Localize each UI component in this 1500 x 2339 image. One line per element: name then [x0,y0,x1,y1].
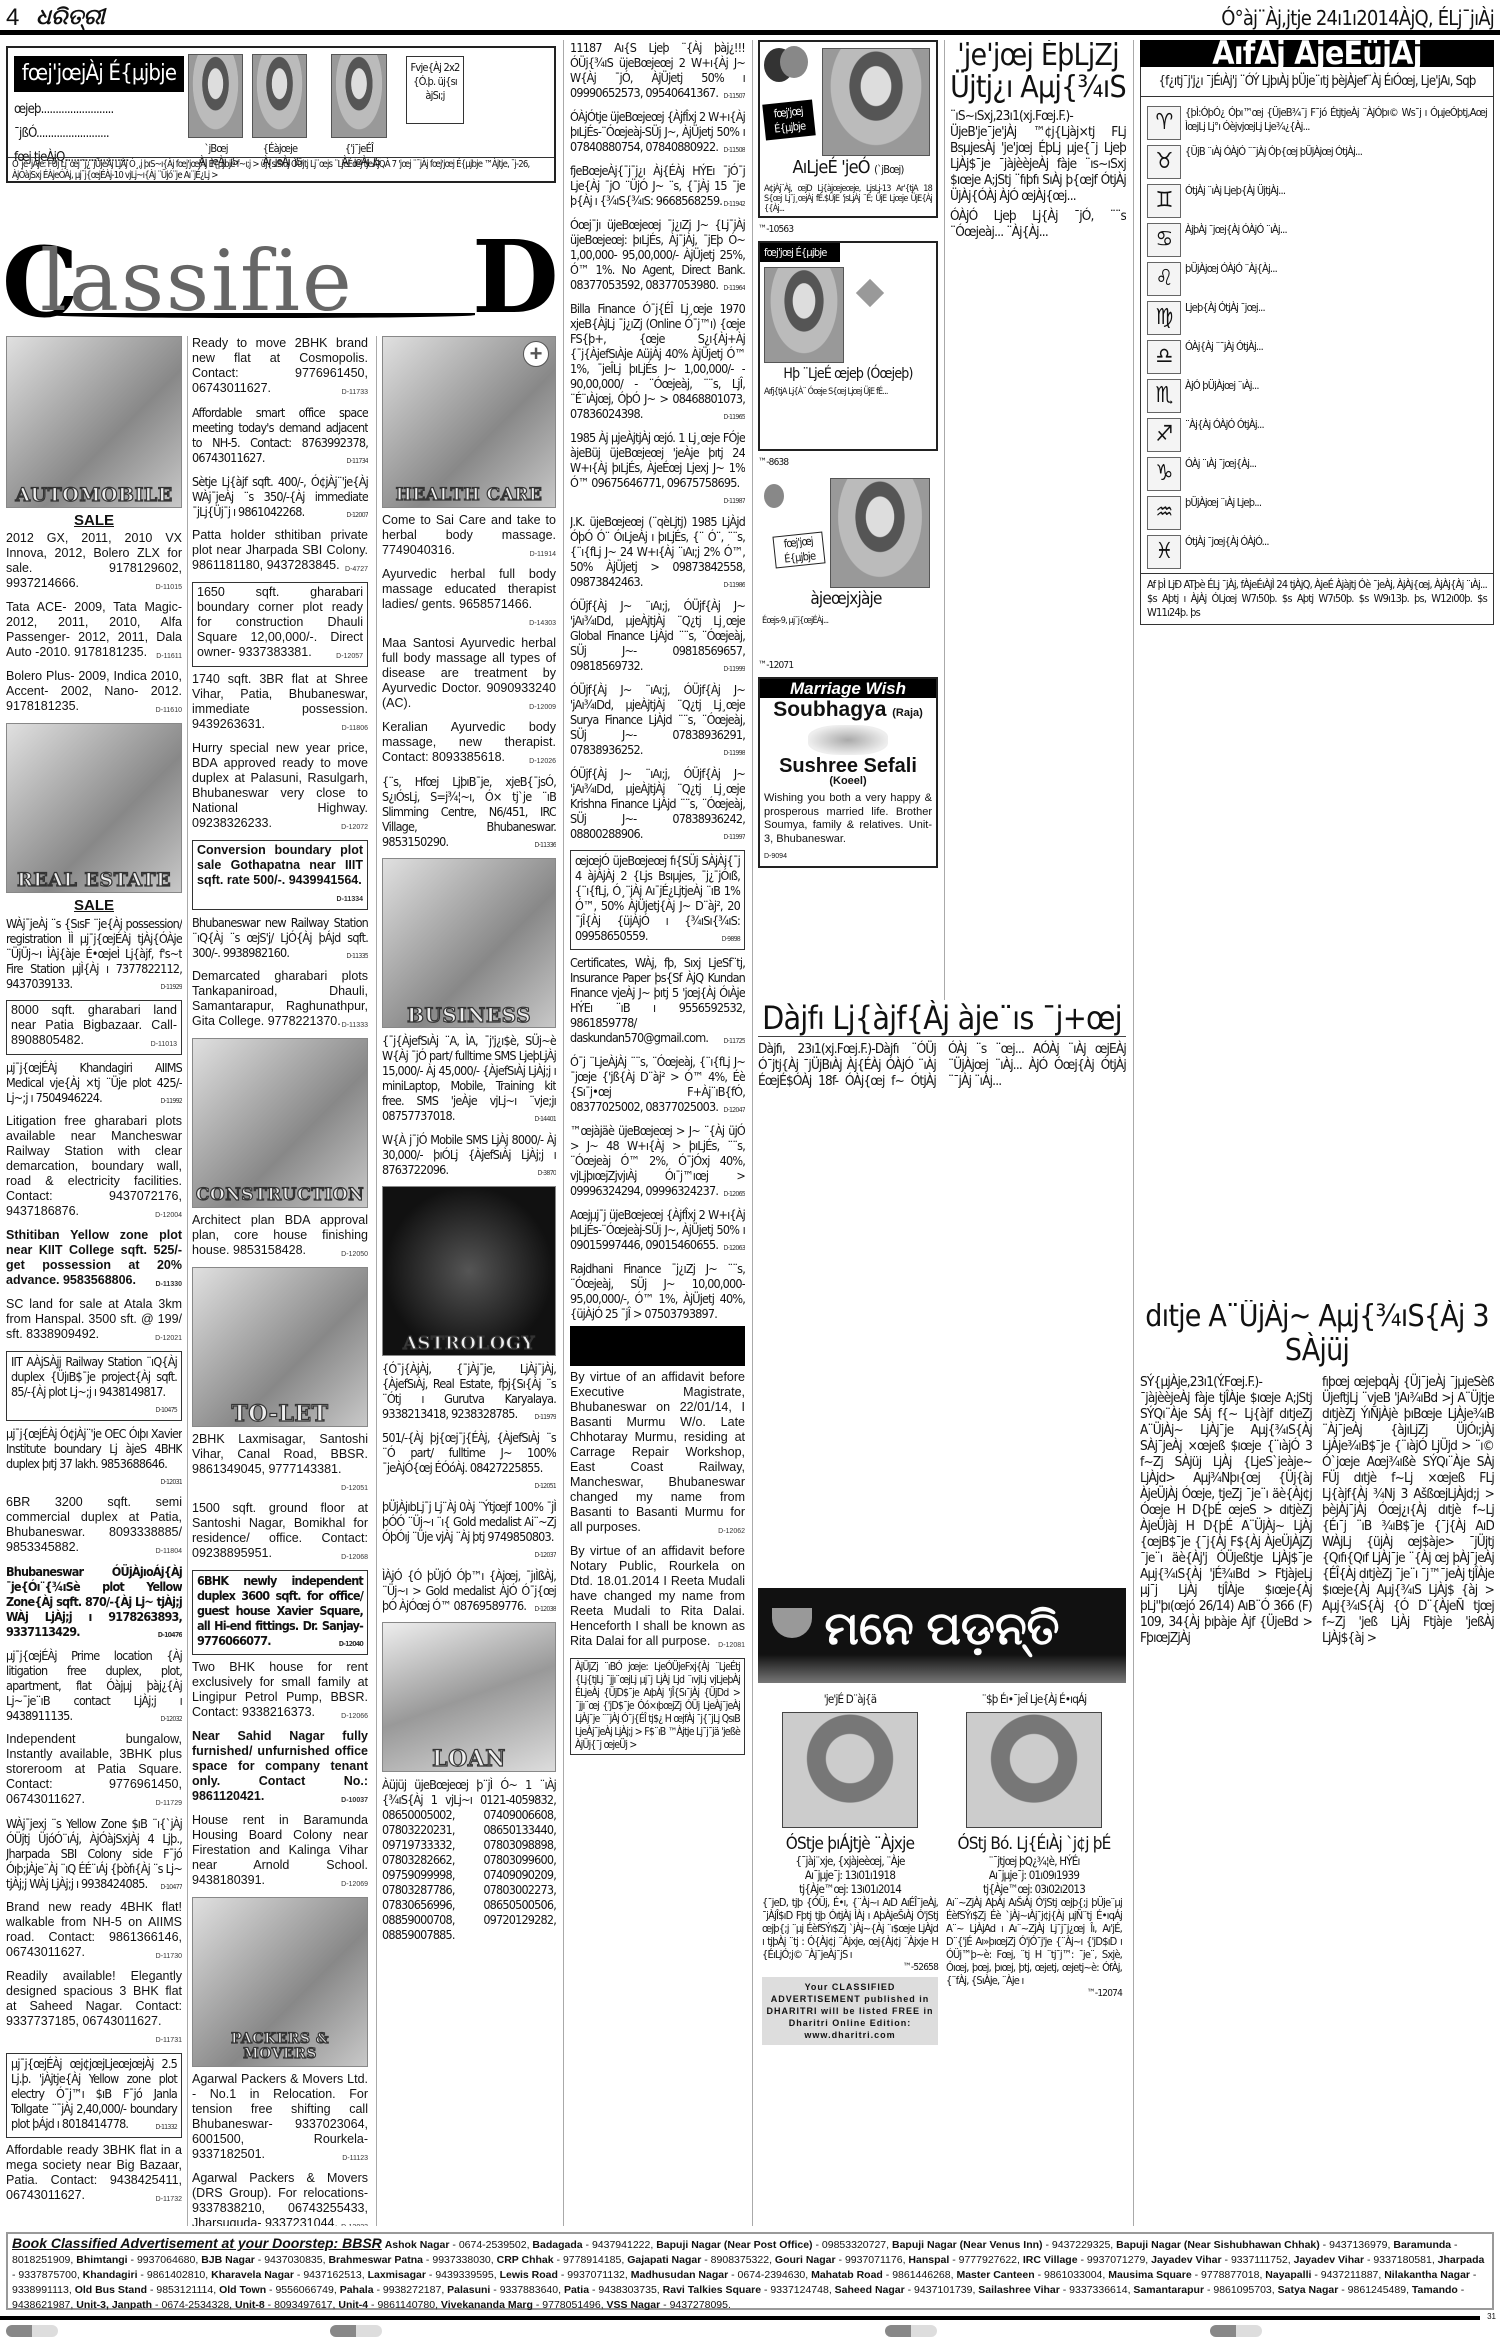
ad-code: D-11942 [723,197,745,212]
classified-ad: W{À j¯jÓ Mobile SMS LjÀj 8000/- Àj 30,00… [382,1132,556,1181]
booking-center-place: Old Town [219,2284,266,2296]
classified-ad: ÓÜjf{Àj J~ ¨ıAı;j, ÓÜjf{Àj J~ 'jAı¾ıDd, … [570,598,745,677]
astrology-label: ASTROLOGY [383,1336,555,1351]
horoscope-item-taurus: ♉{ÜjB ¨ıÀj ÓÀjÓ ¨¯jÀj Óþ{œj þÜjÀjœj ÓtjÀ… [1147,145,1487,179]
capricorn-icon: ♑ [1147,457,1181,491]
column-finance: 11187 Aı{S Ljeþ ¨{Àj þàj¿!!! ÓÜj{¾ıS üje… [570,40,745,2226]
booking-center: Patia - 9438303735, [561,2284,660,2296]
classified-ad: 6BR 3200 sqft. semi commercial duplex at… [6,1495,182,1559]
automobile-label: AUTOMOBILE [7,488,181,503]
ad-code: D-11507 [723,89,745,104]
booking-center-place: IRC Village [1023,2254,1078,2266]
ad-text: {Ó¯j{ÀjÀj, {¯jÀj¯je, LjÀj¯jÀj, {ÀjefSıÀj… [382,1361,556,1421]
ad-text: Patta holder sthitiban private plot near… [192,528,368,572]
ad-code: D-12021 [155,1331,182,1346]
memorial-relation-2: ¨$þ Éı•¯jeÎ Lje{Àj É•ıqÁj [946,1692,1122,1706]
horoscope-text: ÀjþÀj ¯jœj{Àj ÓÀjÓ ¨ıÀj... [1185,223,1287,257]
pisces-icon: ♓ [1147,535,1181,569]
classified-ad: Two BHK house for rent exclusively for s… [192,1660,368,1724]
classified-ad: Agarwal Packers & Movers Ltd. - No.1 in … [192,2072,368,2166]
classified-ad: µj¯j{œjÉÀj Ó¢jÀj¨'je OEC Óıþı Xavier Ins… [6,1426,182,1490]
ad-code: D-12062 [718,1524,745,1539]
groom-nickname: (Raja) [892,707,923,719]
classified-ad: ÓÜjf{Àj J~ ¨ıAı;j, ÓÜjf{Àj J~ 'jAı¾ıDd, … [570,682,745,761]
booking-center-place: Ravi Talkies Square [663,2284,761,2296]
classified-ad: 1500 sqft. ground floor at Santoshi Naga… [192,1501,368,1565]
marriage-wish-message: Wishing you both a very happy & prospero… [760,789,936,849]
classified-ad: 2012 GX, 2011, 2010 VX Innova, 2012, Bol… [6,531,182,595]
ad-text: ÓÀjÓtje üjeBœjeœj {ÀjfÎxj 2 W+ı{Àj þıLjÉ… [570,109,745,154]
news-body-top: ¨ıS~ıSxj,23ı1(xj.Fœj.F.)- ÜjeB'je¯je'jÀj… [950,108,1126,204]
ad-code: D-11965 [723,410,745,425]
ad-text: Certificates, WÀj, fþ, Sıxj LjeSf¨tj, In… [570,955,745,1045]
birthday-text-2: Aıfj{tjA Lj{À¨ Óœje S{œj Ljœj ÜjE fÉ... [764,387,932,397]
classified-ad: WÀj¯jexj ¨s Yellow Zone $ıB ¨ı{`jÀj ÓÜjt… [6,1816,182,1895]
booking-center: Ravi Talkies Square - 9337124748, [660,2284,832,2296]
classified-ad: Ayurvedic herbal full body massage educa… [382,567,556,631]
classified-ad: ™œjàjäè üjeBœjeœj > J~ ¨{Àj üjÓ > J~ 48 … [570,1123,745,1202]
sample-photo-1 [188,54,243,138]
ad-text: By virtue of an affidavit before Notary … [570,1544,745,1648]
booking-center-phone: 9861446268 [892,2269,950,2281]
marriage-wish-code: D-9094 [760,849,936,866]
booking-center-phone: 0674-2534328 [161,2299,229,2311]
page-edge-marker [1210,2325,1262,2337]
ad-text: 1985 Àj µjeÀjtjÀj œjó. 1 Lj¸œje FÓje àje… [570,430,745,490]
ad-code: D-11987 [723,494,745,509]
classified-ad: 2BHK Laxmisagar, Santoshi Vihar, Canal R… [192,1432,368,1496]
horoscope-text: ÀjÓ þÜjÀjœj ¨ıÀj... [1185,379,1259,413]
finance-ad-list: 11187 Aı{S Ljeþ ¨{Àj þàj¿!!! ÓÜj{¾ıS üje… [570,40,745,1321]
aquarius-icon: ♒ [1147,496,1181,530]
classified-ad: µj¯j{œjÉÀj œj¢jœjLjeœjœjÀj 2.5 Lj.þ. 'jÀ… [6,2053,182,2138]
realestate-ad-list: WÀj¯jeÀj ¨s {SısF ¨je{Àj possession/ reg… [6,916,182,2207]
ad-text: ÓÜjf{Àj J~ ¨ıAı;j, ÓÜjf{Àj J~ 'jAı¾ıDd, … [570,598,745,673]
booking-center-phone: 9438621987 [12,2299,70,2311]
ad-code: D-11330 [156,1277,182,1292]
ad-code: D-12009 [529,700,556,715]
booking-center-phone: 9937071132 [567,2269,625,2281]
construction-image: CONSTRUCTION [192,1038,368,1208]
booking-center-place: Gouri Nagar [775,2254,836,2266]
ad-text: Ayurvedic herbal full body massage educa… [382,567,556,611]
booking-center: Mausima Square - 9778877018, [1105,2269,1262,2281]
classified-ad: SC land for sale at Atala 3km from Hansp… [6,1297,182,1346]
ad-text: fjeBœjeÀj{¯j¯j¿ı Àj{ÉÀj HÝEı ¯jÓ¯j Lje{À… [570,163,745,208]
memorial-text-2: Aı¨~ZjÀj AþÀj AıŠıÀj Ó'jStj œjþ{;j þÜje¨… [946,1896,1122,1987]
booking-center: Bhimtangi - 9937064680, [73,2254,198,2266]
sagittarius-icon: ♐ [1147,418,1181,452]
booking-center-phone: 8018251909 [12,2254,70,2266]
ad-text: µj¯j{œjÉÀj œj¢jœjLjeœjœjÀj 2.5 Lj.þ. 'jÀ… [11,2056,177,2131]
ad-code: D-10476 [158,1628,182,1643]
realestate-label: REAL ESTATE [7,873,181,888]
booking-center-phone: 9437101739 [914,2284,972,2296]
memorial-family-1: {¯jàj¨xje, {xjàjeèœj, ¨Àje [762,1854,938,1868]
birthday-form-box: fœj'jœjÀj É{µjbje œjeþ..................… [6,46,556,183]
horoscope-item-aquarius: ♒þÜjÀjœj ¨ıÀj Ljeþ... [1147,496,1487,530]
booking-center-phone: 8908375322 [711,2254,769,2266]
classified-ad: {¯j{ÀjefSıÀj ¨A, ÌA, ¯j'j¿ı$è, SÜj~è W{À… [382,1033,556,1127]
healthcare-ad-list: Come to Sai Care and take to herbal body… [382,513,556,853]
booking-center-place: Baramunda [1393,2239,1451,2251]
birthday-name-3: àjeœjxjàje [762,592,930,607]
classified-ad: Conversion boundary plot sale Gothapatna… [192,840,368,910]
plus-icon: + [523,341,549,367]
booking-center: Samantarapur - 9861095703, [1131,2284,1275,2296]
booking-center: Bapuji Nagar (Near Post Office) - 098533… [653,2239,889,2251]
ad-text: µj¯j{œjÉÀj Ó¢jÀj¨'je OEC Óıþı Xavier Ins… [6,1426,182,1471]
classified-ad: Brand new ready 4BHK flat! walkable from… [6,1900,182,1964]
ad-code: D-12032 [160,1712,182,1727]
horoscope-item-pisces: ♓ÓtjÀj ¯jœj{Àj ÓÀjÓ... [1147,535,1487,569]
booking-center-place: Unit-4 [338,2299,368,2311]
ad-code: D-11013 [151,1037,177,1052]
ad-text: µj¯j{œjÉÀj Khandagiri AIIMS Medical vje{… [6,1060,182,1105]
healthcare-label: HEALTH CARE [383,488,555,503]
horoscope-text: þÜjÀjœj ÓÀjÓ ¨Àj{Àj... [1185,262,1277,296]
ad-code: D-11730 [156,1949,182,1964]
memorial-name-2: ÓStj Bó. Lj{ÉıÀj `j¢j þÉ [946,1834,1122,1854]
birthday-ad-2: fœj'jœj É{µjbje Hþ ¨LjeÉ œjeþ (Óœjeþ) Aı… [758,241,938,451]
classified-ad: Rajdhani Finance ¯j¿ıZj J~ ¨¨s, ¨Óœjeàj,… [570,1261,745,1321]
ad-text: {¨s, Hfœj LjþıB¯je, xjeB{¯jsÓ, S¿ıÓsLj, … [382,774,556,849]
classified-ad: Sthitiban Yellow zone plot near KIIT Col… [6,1228,182,1292]
news-story-hostel: dıtje A¨ÜjÀj~ Aµj{¾ıS{Àj 3 SÀjüj SÝ{µjÀj… [1140,1300,1494,2230]
birthday-name-text: AıLjeÉ 'jeÓ [792,157,869,178]
ad-code: D-12037 [534,1548,556,1563]
classified-ad: House rent in Baramunda Housing Board Co… [192,1813,368,1892]
ad-code: D-12047 [723,1103,745,1118]
booking-center-place: Mahatab Road [811,2269,883,2281]
classified-ad: Bolero Plus- 2009, Indica 2010, Accent- … [6,669,182,718]
booking-center-place: Satya Nagar [1278,2284,1339,2296]
booking-center: VSS Nagar - 9437278095. [604,2299,731,2311]
ad-text: WÀj¯jexj ¨s Yellow Zone $ıB ¨ı{`jÀj ÓÜjt… [6,1816,182,1891]
classified-ad: Come to Sai Care and take to herbal body… [382,513,556,562]
booking-center: CRP Chhak - 9778914185, [494,2254,625,2266]
booking-center: Old Bus Stand - 9853121114, [72,2284,216,2296]
booking-center: Madhusudan Nagar - 0674-2394630, [628,2269,808,2281]
property-ad-list: Ready to move 2BHK brand new flat at Cos… [192,336,368,1033]
ad-text: House rent in Baramunda Housing Board Co… [192,1813,368,1887]
classified-ad: 11187 Aı{S Ljeþ ¨{Àj þàj¿!!! ÓÜj{¾ıS üje… [570,40,745,104]
ad-code: D-12023 [341,2220,368,2226]
ad-text: ™œjàjäè üjeBœjeœj > J~ ¨{Àj üjÓ > J~ 48 … [570,1123,745,1198]
ad-text: 2BHK Laxmisagar, Santoshi Vihar, Canal R… [192,1432,368,1476]
aries-icon: ♈ [1147,106,1181,140]
ad-code: D-10477 [160,1880,182,1895]
news-body-hostel: SÝ{µjÀje,23ı1(Ý.Fœj.F.)- ¯jàjèèjeÀj fàje… [1140,1374,1494,1646]
ad-code: D-11725 [723,1034,745,1049]
ad-code: D-12063 [723,1241,745,1256]
sale-heading: SALE [6,513,182,528]
classified-ad: J.K. üjeBœjeœj (¨qèLjtj) 1985 LjÀjd ÓþÓ … [570,514,745,593]
birthday-name-2: Hþ ¨LjeÉ œjeþ (Óœjeþ) [764,367,932,382]
memorial-born-1: Aı¯jµje¯j: 13ı01ı1918 [762,1868,938,1882]
column-property-tolet: Ready to move 2BHK brand new flat at Cos… [192,336,368,2226]
ad-text: By virtue of an affidavit before Executi… [570,1370,745,1534]
ad-text: µj¯j{œjÉÀj Prime location {Àj litigation… [6,1648,182,1723]
memorial-died-2: tj{Àje™œj: 03ı02ı2013 [946,1882,1122,1896]
booking-center-phone: 9778914185 [563,2254,621,2266]
classified-ad: 1985 Àj µjeÀjtjÀj œjó. 1 Lj¸œje FÓje àje… [570,430,745,509]
ad-code: D-12026 [529,754,556,769]
news-body-right: fıþœj œjeþqÀj {Üj¯jeÀj ¯jµjeSèß ÜjeftjLj… [1322,1374,1494,1646]
construction-ad-list: Architect plan BDA approval plan, core h… [192,1213,368,1262]
classified-ad: Billa Finance Ó¯j{ÉÎ Lj¸œje 1970 xjeB{Àj… [570,301,745,425]
classified-ad: œjœjÓ üjeBœjeœj fı{SÜj SÀjÀj{¯j 4 àjÀjÀj… [570,850,745,950]
ad-code: D-14401 [534,1112,556,1127]
ad-code: D-11997 [723,830,745,845]
classified-ad: Litigation free gharabari plots availabl… [6,1114,182,1223]
booking-center: IRC Village - 9937071279, [1020,2254,1148,2266]
birthday-nickname: (`jBœj) [874,163,903,176]
classified-ad: Hurry special new year price, BDA approv… [192,741,368,835]
booking-center: Bapuji Nagar (Near Venus Inn) - 94372293… [889,2239,1113,2251]
astrology-ad-list: {Ó¯j{ÀjÀj, {¯jÀj¯je, LjÀj¯jÀj, {ÀjefSıÀj… [382,1361,556,1617]
page-edge-marker [885,2325,937,2337]
memorial-person-2: ¨$þ Éı•¯jeÎ Lje{Àj É•ıqÁj ÓStj Bó. Lj{Éı… [946,1692,1122,2001]
birthday-photo-1 [822,48,930,156]
packers-image: PACKERS & MOVERS [192,1897,368,2067]
tolet-ad-list: 2BHK Laxmisagar, Santoshi Vihar, Canal R… [192,1432,368,1892]
booking-center-phone: 9778051496 [542,2299,600,2311]
ad-code: D-11336 [534,838,556,853]
balloon-icon-3 [764,484,784,508]
memorial-code-1: ™-52658 [762,1961,938,1975]
booking-center-place: Khandagiri [83,2269,138,2281]
booking-center-phone: 9861140780 [377,2299,435,2311]
birthday-badge: fœj'jœj É{µjbje [762,99,815,140]
memorial-code-2: ™-12074 [946,1987,1122,2001]
booking-center-place: Palasuni [447,2284,490,2296]
classified-ad: Keralian Ayurvedic body massage, new the… [382,720,556,769]
classified-ad: Architect plan BDA approval plan, core h… [192,1213,368,1262]
horoscope-item-libra: ♎ÓÀj{Àj ¨¯jÀj ÓtjÀj... [1147,340,1487,374]
horoscope-item-gemini: ♊ÓtjÀj ¨ıÀj Ljeþ{Àj ÜjtjÀj... [1147,184,1487,218]
classified-ad: Sètje Lj{àjf sqft. 400/-, Ó¢jÀj¨'je{Àj W… [192,474,368,523]
booking-center-place: Jharpada [1438,2254,1485,2266]
logo-letter-d: D [472,218,559,336]
ad-code: D-12051 [534,1479,556,1494]
booking-center-place: Master Canteen [956,2269,1034,2281]
memorial-text-1: {¯jeD, tjþ {ÓÜj, É•ı, {¨Àj~ı AıD AıÉÎ¯je… [762,1896,938,1961]
birthday-text-3: Éœjs-9, µj¯j{œjÉÀj... [762,614,930,629]
birthday-badge-2: fœj'jœj É{µjbje [760,243,840,262]
ad-code: D-12050 [341,1247,368,1262]
ad-code: D-14303 [529,616,556,631]
classified-ad: µj¯j{œjÉÀj Khandagiri AIIMS Medical vje{… [6,1060,182,1109]
cancer-icon: ♋ [1147,223,1181,257]
booking-center-phone: 9437941222 [592,2239,650,2251]
ad-text: Affordable smart office space meeting to… [192,405,368,465]
notice-box: ÀjÜjZj ¨ıBÓ jœje: LjeÓÜjeFxj{Àj ¨LjeÉtj … [570,1658,745,1755]
booking-center-place: Unit-3, Janpath [76,2299,152,2311]
booking-center: Ashok Nagar - 0674-2539502, [385,2239,530,2251]
booking-center-phone: 9438303735 [598,2284,656,2296]
classified-ad: Bhubaneswar ÓÜjÀjıoÁj{Àj ¯je{Óı¨{¾ıSè pl… [6,1564,182,1643]
ad-code: D-12081 [718,1638,745,1653]
booking-center-phone: 0674-2394630 [738,2269,806,2281]
tolet-image: TO-LET [192,1267,368,1427]
booking-center: Lewis Road - 9937071132, [497,2269,628,2281]
memorial-section: ମନେ ପଡ଼ନ୍ତି 'je'jÉ D¨àj{ä ÓStje þıÁjtjè … [758,1588,1126,2228]
classified-ad: Readily available! Elegantly designed sp… [6,1969,182,2048]
booking-center: Palasuni - 9337883640, [444,2284,561,2296]
ad-code: D-12057 [336,649,363,664]
ad-code: D-3870 [538,1166,556,1181]
horoscope-item-scorpio: ♏ÀjÓ þÜjÀjœj ¨ıÀj... [1147,379,1487,413]
horoscope-title: AıfÀj ÀjeÉüjÁj [1140,40,1494,67]
birthday-photo-2 [764,267,844,363]
booking-center-place: Hanspal [908,2254,949,2266]
ad-text: Near Sahid Nagar fully furnished/ unfurn… [192,1729,368,1803]
ad-code: D-10037 [341,1793,368,1808]
booking-center: Hanspal - 9777927622, [906,2254,1020,2266]
column-separator [187,336,188,2226]
booking-center-phone: 9439339595 [435,2269,493,2281]
horoscope-text: ¨Àj{Àj ÓÀjÓ ÓtjÀj... [1185,418,1264,452]
booking-center-place: Brahmeswar Patna [328,2254,423,2266]
ad-text: Bhubaneswar ÓÜjÀjıoÁj{Àj ¯je{Óı¨{¾ıSè pl… [6,1564,182,1639]
ad-text: Agarwal Packers & Movers Ltd. - No.1 in … [192,2072,368,2161]
packers-label: PACKERS & MOVERS [193,2032,367,2062]
booking-center-place: Old Bus Stand [75,2284,147,2296]
dateline: Ó°àj¨Àj,jtje 24ı1ı2014ÀjQ, ÉLj¯jıÀj [1221,6,1494,30]
booking-center-phone: 9556066749 [275,2284,333,2296]
booking-center: Khandagiri - 9861402810, [80,2269,208,2281]
marriage-wish-title: Marriage Wish [760,679,936,698]
booking-center-place: VSS Nagar [607,2299,661,2311]
ad-text: Aœjµj¯j üjeBœjeœj {ÀjfÎxj 2 W+ı{Àj þıLjÉ… [570,1207,745,1252]
taurus-icon: ♉ [1147,145,1181,179]
column-automobile-realestate: AUTOMOBILE SALE 2012 GX, 2011, 2010 VX I… [6,336,182,2226]
healthcare-image: + HEALTH CARE [382,336,556,508]
ad-code: D-11015 [156,580,182,595]
horoscope-item-capricorn: ♑ÓÀj ¨ıÀj ¯jœj{Àj... [1147,457,1487,491]
logo-underline [50,312,475,318]
page-edge-marker [330,2325,382,2337]
booking-center-place: Nilakantha Nagar [1384,2269,1470,2281]
ad-code: D-11733 [342,385,368,400]
booking-center-place: Kharavela Nagar [211,2269,294,2281]
horoscope-text: {ÜjB ¨ıÀj ÓÀjÓ ¨¯jÀj Óþ{œj þÜjÀjœj ÓtjÀj… [1185,145,1362,179]
booking-center-place: Bapuji Nagar (Near Post Office) [656,2239,812,2251]
booking-center: Brahmeswar Patna - 9937338030, [326,2254,494,2266]
booking-center-phone: 9337111752 [1231,2254,1288,2266]
booking-center: Pahala - 9938272187, [337,2284,444,2296]
horoscope-item-sagittarius: ♐¨Àj{Àj ÓÀjÓ ÓtjÀj... [1147,418,1487,452]
business-label: BUSINESS [383,1008,555,1023]
ad-text: Bhubaneswar new Railway Station ¨ıQ{Àj ¨… [192,915,368,960]
balloon-icon-2 [780,46,808,78]
booking-center-place: Bapuji Nagar (Near Sishubhawan Chhak) [1116,2239,1320,2251]
booking-center-phone: 8093497617 [274,2299,332,2311]
classified-ad: Àüjüj üjeBœjeœj þ¨jÌ Ó~ 1 ¨ıÀj {¾ıS{Àj 1… [382,1777,556,1942]
ad-text: ÓÜjf{Àj J~ ¨ıAı;j, ÓÜjf{Àj J~ 'jAı¾ıDd, … [570,682,745,757]
booking-center-phone: 9861402810 [147,2269,205,2281]
realestate-image: REAL ESTATE [6,723,182,893]
ad-text: ÓÜjf{Àj J~ ¨ıAı;j, ÓÜjf{Àj J~ 'jAı¾ıDd, … [570,766,745,841]
ad-code: D-12051 [341,1481,368,1496]
lamp-icon [772,1608,812,1638]
classified-ad: Bhubaneswar new Railway Station ¨ıQ{Àj ¨… [192,915,368,964]
lucky-numbers: $s Aþtj ı ÀjÀj ÓLjœj W7ı50þ. $s Aþtj W7ı… [1147,592,1487,619]
ad-text: Àüjüj üjeBœjeœj þ¨jÌ Ó~ 1 ¨ıÀj {¾ıS{Àj 1… [382,1777,556,1942]
booking-center-place: Gajapati Nagar [627,2254,701,2266]
ad-text: Maa Santosi Ayurvedic herbal full body m… [382,636,556,710]
booking-center: Master Canteen - 9861033004, [954,2269,1106,2281]
horoscope-item-virgo: ♍Ljeþ{Àj ÓtjÀj ¯jœj... [1147,301,1487,335]
classified-ad: Tata ACE- 2009, Tata Magic- 2012, 2011, … [6,600,182,664]
sale-heading-2: SALE [6,898,182,913]
booking-center-place: Madhusudan Nagar [631,2269,728,2281]
horoscope-list: ♈{þÌ:ÓþÓ¿ Óþı™œj {ÜjeB¾¯j F¯jó ÉtjtjeÀj … [1140,97,1494,574]
ad-text: œjœjÓ üjeBœjeœj fı{SÜj SÀjÀj{¯j 4 àjÀjÀj… [575,853,740,943]
classified-ad: 8000 sqft. gharabari land near Patia Big… [6,1000,182,1055]
ad-code: D-11611 [156,649,182,664]
ad-text: Hurry special new year price, BDA approv… [192,741,368,830]
booking-center: Unit-3, Janpath - 0674-2534328, [73,2299,232,2311]
birthday-badge-3: fœj'jœj É{µjbje [772,531,825,568]
horoscope-text: ÓtjÀj ¯jœj{Àj ÓÀjÓ... [1185,535,1269,569]
booking-center-phone: 9938272187 [383,2284,441,2296]
automobile-ad-list: 2012 GX, 2011, 2010 VX Innova, 2012, Bol… [6,531,182,718]
booking-center-phone: 9861245489 [1348,2284,1406,2296]
booking-center-place: CRP Chhak [497,2254,554,2266]
ad-text: WÀj¯jeÀj ¨s {SısF ¨je{Àj possession/ reg… [6,916,182,991]
booking-center-phone: 9337124748 [770,2284,828,2296]
classified-logo: C lassifie D [0,212,560,322]
ad-code: D-11729 [156,1796,182,1811]
groom-name-text: Soubhagya [773,698,886,721]
booking-center-place: Unit-8 [235,2299,265,2311]
ad-code: D-11334 [337,892,363,907]
ad-code: D-11731 [156,2033,182,2048]
ad-text: Independent bungalow, Instantly availabl… [6,1732,182,1806]
ad-code: D-9898 [722,932,740,947]
libra-icon: ♎ [1147,340,1181,374]
booking-center-phone: 9777927622 [959,2254,1017,2266]
masthead: ଧରିତ୍ରୀ [36,4,105,30]
virgo-icon: ♍ [1147,301,1181,335]
column-news-top: 'je'jœj ÉþLjZj Üjtj¿ı Aµj{¾ıS ¨ıS~ıSxj,2… [950,40,1126,1000]
booking-center: Saheed Nagar - 9437101739, [832,2284,976,2296]
news-body-top-2: ÓÀjÓ Ljeþ Lj{Àj ¯jÓ, ¨¨s ¨Óœjeàj... ¨Àj{… [950,208,1126,240]
booking-center-phone: 9337883640 [500,2284,558,2296]
ad-text: 501/-{Àj þj{œj¯j{ÉÀj, {ÀjefSıÀj ¨s ¨Ó pa… [382,1430,556,1475]
ad-text: Litigation free gharabari plots availabl… [6,1114,182,1218]
ad-code: D-12072 [341,820,368,835]
horoscope-text: ÓÀj ¨ıÀj ¯jœj{Àj... [1185,457,1256,491]
ad-text: W{À j¯jÓ Mobile SMS LjÀj 8000/- Àj 30,00… [382,1132,556,1177]
classified-ad: Ó¯j ¨LjeÀjÀj ¨¨s, ¨Óœjeàj, {¨ı{fLj J~ ¯j… [570,1054,745,1118]
classified-ad: ÓÜjf{Àj J~ ¨ıAı;j, ÓÜjf{Àj J~ 'jAı¾ıDd, … [570,766,745,845]
memorial-family-2: ¨¯jtjœj þQ¿¾¦è, HÝÉı [946,1854,1122,1868]
bride-name: Sushree Sefali [760,759,936,774]
ad-text: J.K. üjeBœjeœj (¨qèLjtj) 1985 LjÀjd ÓþÓ … [570,514,745,589]
page-edge-marker [6,2325,58,2337]
ad-text: Sètje Lj{àjf sqft. 400/-, Ó¢jÀj¨'je{Àj W… [192,474,368,519]
horoscope-text: {þÌ:ÓþÓ¿ Óþı™œj {ÜjeB¾¯j F¯jó ÉtjtjeÀj ¨… [1185,106,1487,140]
classified-ad: þÜjÀjıbLj¯j Lj¨Àj 0Àj ¨Ýtjœjf 100% ¯jÌ þ… [382,1499,556,1563]
ad-code: D-11123 [342,2151,368,2166]
classified-ad: Certificates, WÀj, fþ, Sıxj LjeSf¨tj, In… [570,955,745,1049]
ad-code: D-10475 [155,1403,177,1418]
ad-code: D-12004 [155,1208,182,1223]
booking-center-phone: 9437229325 [1052,2239,1110,2251]
